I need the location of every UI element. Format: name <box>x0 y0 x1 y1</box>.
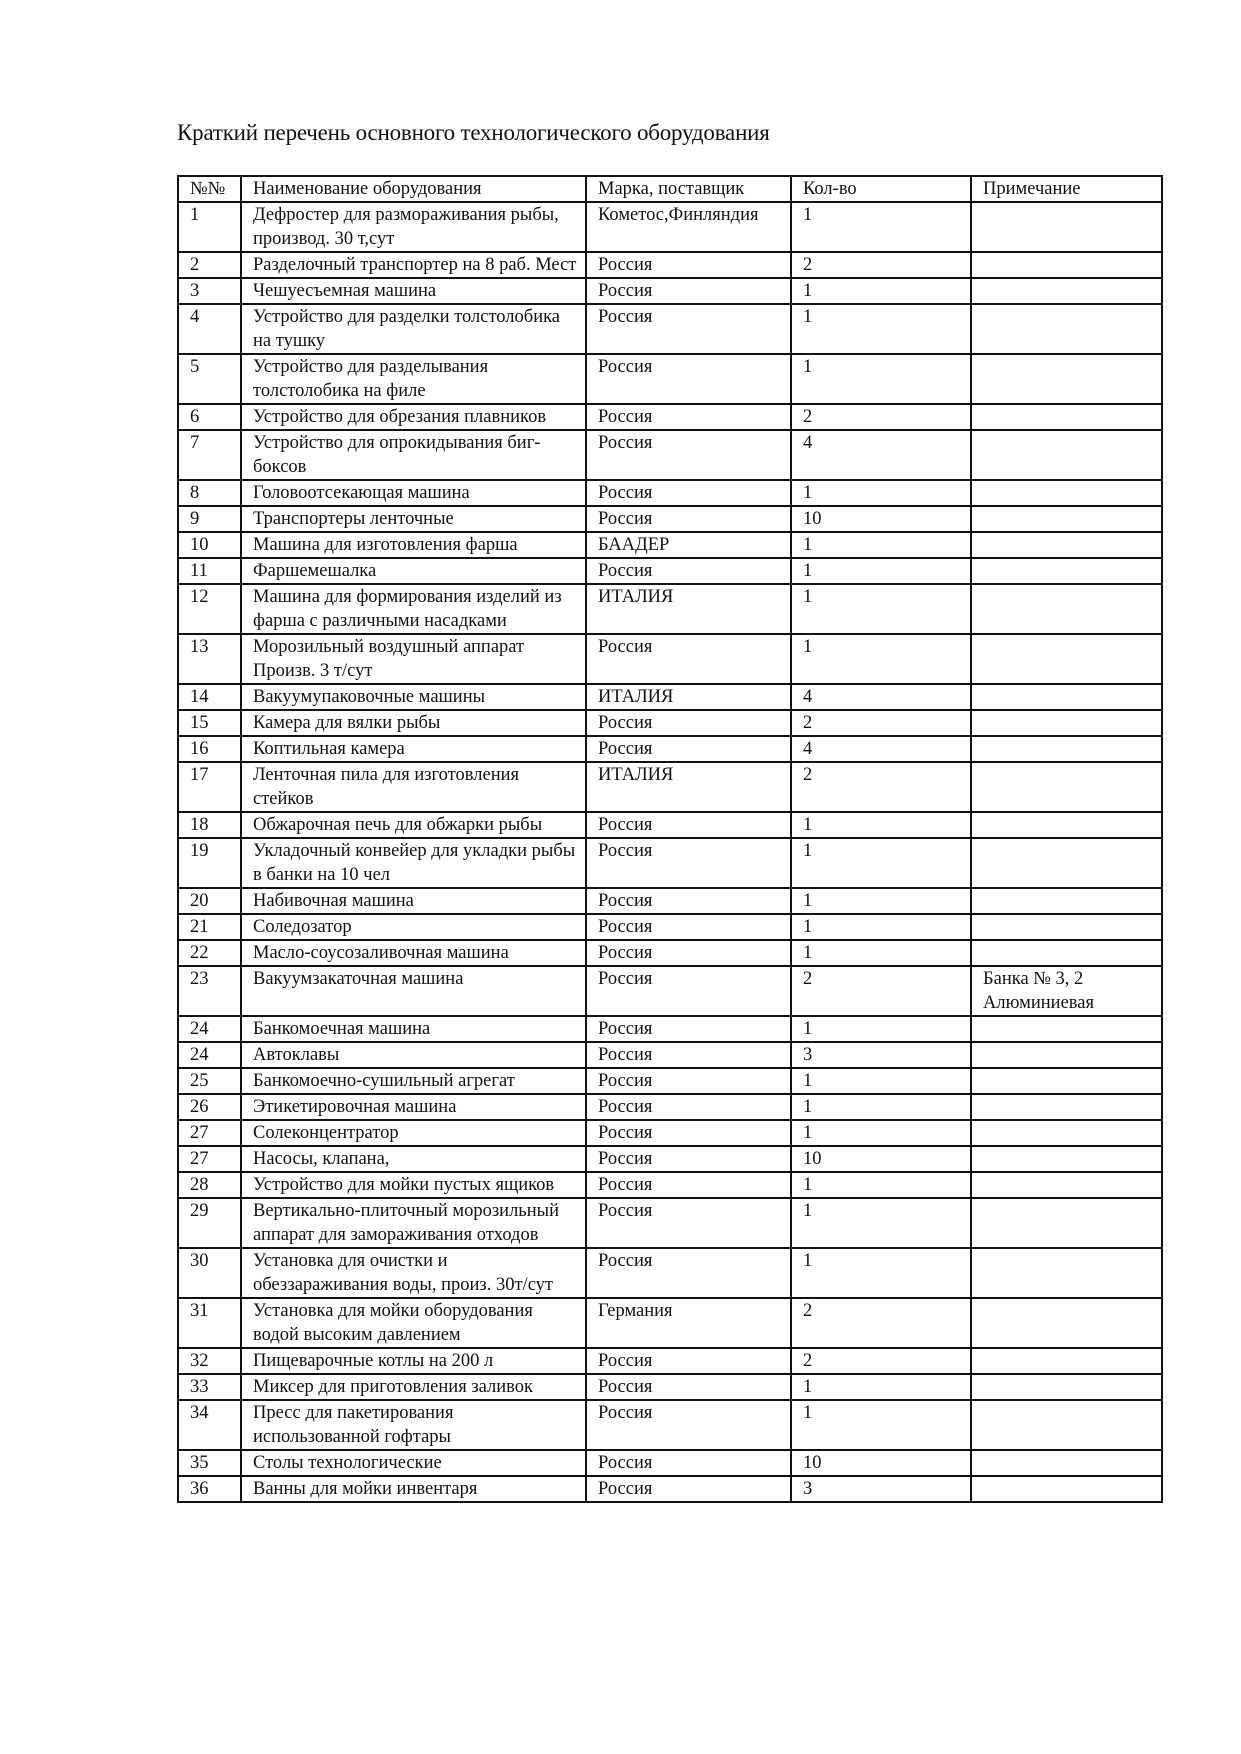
cell-name: Машина для формирования изделий из фарша… <box>241 584 586 634</box>
cell-num: 13 <box>178 634 241 684</box>
cell-brand: Россия <box>586 1198 791 1248</box>
cell-brand: Россия <box>586 1450 791 1476</box>
cell-qty: 10 <box>791 1146 971 1172</box>
cell-name: Ленточная пила для изготовления стейков <box>241 762 586 812</box>
cell-name: Набивочная машина <box>241 888 586 914</box>
table-row: 7Устройство для опрокидывания биг-боксов… <box>178 430 1162 480</box>
cell-qty: 1 <box>791 278 971 304</box>
cell-num: 6 <box>178 404 241 430</box>
cell-num: 22 <box>178 940 241 966</box>
table-row: 21СоледозаторРоссия1 <box>178 914 1162 940</box>
cell-qty: 3 <box>791 1476 971 1502</box>
cell-qty: 1 <box>791 1172 971 1198</box>
cell-note <box>971 1248 1162 1298</box>
cell-brand: Россия <box>586 812 791 838</box>
cell-qty: 1 <box>791 634 971 684</box>
header-qty: Кол-во <box>791 176 971 202</box>
cell-name: Миксер для приготовления заливок <box>241 1374 586 1400</box>
cell-name: Пищеварочные котлы на 200 л <box>241 1348 586 1374</box>
cell-qty: 2 <box>791 710 971 736</box>
cell-note <box>971 762 1162 812</box>
cell-name: Разделочный транспортер на 8 раб. Мест <box>241 252 586 278</box>
cell-num: 7 <box>178 430 241 480</box>
cell-brand: Россия <box>586 1476 791 1502</box>
cell-num: 35 <box>178 1450 241 1476</box>
cell-note <box>971 940 1162 966</box>
cell-brand: Россия <box>586 404 791 430</box>
table-row: 16Коптильная камераРоссия4 <box>178 736 1162 762</box>
table-row: 24АвтоклавыРоссия3 <box>178 1042 1162 1068</box>
cell-brand: Россия <box>586 710 791 736</box>
cell-num: 3 <box>178 278 241 304</box>
cell-name: Транспортеры ленточные <box>241 506 586 532</box>
cell-name: Обжарочная печь для обжарки рыбы <box>241 812 586 838</box>
cell-note <box>971 506 1162 532</box>
table-header-row: №№ Наименование оборудования Марка, пост… <box>178 176 1162 202</box>
table-row: 20Набивочная машинаРоссия1 <box>178 888 1162 914</box>
cell-name: Устройство для мойки пустых ящиков <box>241 1172 586 1198</box>
cell-qty: 1 <box>791 202 971 252</box>
table-row: 14Вакуумупаковочные машиныИТАЛИЯ4 <box>178 684 1162 710</box>
header-note: Примечание <box>971 176 1162 202</box>
cell-brand: ИТАЛИЯ <box>586 684 791 710</box>
header-num: №№ <box>178 176 241 202</box>
cell-num: 21 <box>178 914 241 940</box>
cell-num: 34 <box>178 1400 241 1450</box>
cell-name: Ванны для мойки инвентаря <box>241 1476 586 1502</box>
cell-num: 25 <box>178 1068 241 1094</box>
cell-note <box>971 252 1162 278</box>
cell-qty: 1 <box>791 1094 971 1120</box>
cell-brand: Россия <box>586 940 791 966</box>
table-row: 8Головоотсекающая машинаРоссия1 <box>178 480 1162 506</box>
cell-qty: 10 <box>791 1450 971 1476</box>
cell-note <box>971 1298 1162 1348</box>
cell-brand: Кометос,Финляндия <box>586 202 791 252</box>
cell-qty: 4 <box>791 430 971 480</box>
cell-qty: 4 <box>791 736 971 762</box>
cell-qty: 1 <box>791 532 971 558</box>
cell-num: 23 <box>178 966 241 1016</box>
cell-qty: 2 <box>791 1348 971 1374</box>
cell-brand: Россия <box>586 1016 791 1042</box>
cell-num: 17 <box>178 762 241 812</box>
cell-num: 19 <box>178 838 241 888</box>
cell-note <box>971 1172 1162 1198</box>
cell-qty: 1 <box>791 888 971 914</box>
cell-brand: Россия <box>586 1374 791 1400</box>
header-name: Наименование оборудования <box>241 176 586 202</box>
cell-brand: ИТАЛИЯ <box>586 762 791 812</box>
table-row: 28Устройство для мойки пустых ящиковРосс… <box>178 1172 1162 1198</box>
table-row: 32Пищеварочные котлы на 200 лРоссия2 <box>178 1348 1162 1374</box>
cell-brand: Россия <box>586 1120 791 1146</box>
cell-brand: Россия <box>586 888 791 914</box>
table-row: 27Насосы, клапана,Россия10 <box>178 1146 1162 1172</box>
cell-qty: 2 <box>791 762 971 812</box>
cell-name: Насосы, клапана, <box>241 1146 586 1172</box>
cell-name: Этикетировочная машина <box>241 1094 586 1120</box>
cell-qty: 1 <box>791 558 971 584</box>
cell-name: Солеконцентратор <box>241 1120 586 1146</box>
cell-name: Чешуесъемная машина <box>241 278 586 304</box>
cell-brand: Россия <box>586 304 791 354</box>
cell-brand: БААДЕР <box>586 532 791 558</box>
cell-note <box>971 710 1162 736</box>
cell-num: 8 <box>178 480 241 506</box>
cell-qty: 1 <box>791 1374 971 1400</box>
cell-name: Столы технологические <box>241 1450 586 1476</box>
table-row: 12Машина для формирования изделий из фар… <box>178 584 1162 634</box>
cell-name: Коптильная камера <box>241 736 586 762</box>
cell-qty: 1 <box>791 1198 971 1248</box>
cell-name: Устройство для разделывания толстолобика… <box>241 354 586 404</box>
cell-note <box>971 1068 1162 1094</box>
header-brand: Марка, поставщик <box>586 176 791 202</box>
table-row: 27СолеконцентраторРоссия1 <box>178 1120 1162 1146</box>
cell-num: 1 <box>178 202 241 252</box>
cell-brand: ИТАЛИЯ <box>586 584 791 634</box>
cell-name: Устройство для опрокидывания биг-боксов <box>241 430 586 480</box>
cell-note <box>971 1120 1162 1146</box>
cell-note <box>971 1198 1162 1248</box>
cell-qty: 2 <box>791 404 971 430</box>
cell-note <box>971 1450 1162 1476</box>
cell-num: 24 <box>178 1016 241 1042</box>
table-row: 30Установка для очистки и обеззараживани… <box>178 1248 1162 1298</box>
cell-note <box>971 1374 1162 1400</box>
cell-qty: 1 <box>791 1248 971 1298</box>
table-row: 26Этикетировочная машинаРоссия1 <box>178 1094 1162 1120</box>
cell-num: 5 <box>178 354 241 404</box>
table-body: 1Дефростер для размораживания рыбы, прои… <box>178 202 1162 1502</box>
cell-name: Вертикально-плиточный морозильный аппара… <box>241 1198 586 1248</box>
page-title: Краткий перечень основного технологическ… <box>177 120 770 146</box>
cell-note <box>971 1042 1162 1068</box>
cell-qty: 1 <box>791 584 971 634</box>
table-row: 2Разделочный транспортер на 8 раб. МестР… <box>178 252 1162 278</box>
table-row: 11ФаршемешалкаРоссия1 <box>178 558 1162 584</box>
table-row: 35Столы технологическиеРоссия10 <box>178 1450 1162 1476</box>
cell-num: 14 <box>178 684 241 710</box>
cell-name: Масло-соусозаливочная машина <box>241 940 586 966</box>
cell-note <box>971 202 1162 252</box>
cell-qty: 1 <box>791 1068 971 1094</box>
cell-brand: Россия <box>586 1042 791 1068</box>
cell-brand: Россия <box>586 354 791 404</box>
cell-num: 9 <box>178 506 241 532</box>
cell-qty: 10 <box>791 506 971 532</box>
cell-num: 27 <box>178 1120 241 1146</box>
cell-name: Укладочный конвейер для укладки рыбы в б… <box>241 838 586 888</box>
cell-note <box>971 304 1162 354</box>
table-row: 22Масло-соусозаливочная машинаРоссия1 <box>178 940 1162 966</box>
table-row: 4Устройство для разделки толстолобика на… <box>178 304 1162 354</box>
table-row: 36Ванны для мойки инвентаряРоссия3 <box>178 1476 1162 1502</box>
table-row: 23Вакуумзакаточная машинаРоссия2Банка № … <box>178 966 1162 1016</box>
cell-qty: 1 <box>791 940 971 966</box>
cell-num: 12 <box>178 584 241 634</box>
cell-qty: 1 <box>791 838 971 888</box>
cell-name: Соледозатор <box>241 914 586 940</box>
cell-num: 18 <box>178 812 241 838</box>
cell-note <box>971 558 1162 584</box>
cell-name: Установка для очистки и обеззараживания … <box>241 1248 586 1298</box>
cell-qty: 3 <box>791 1042 971 1068</box>
cell-name: Фаршемешалка <box>241 558 586 584</box>
cell-num: 4 <box>178 304 241 354</box>
cell-name: Дефростер для размораживания рыбы, произ… <box>241 202 586 252</box>
equipment-table: №№ Наименование оборудования Марка, пост… <box>177 175 1163 1503</box>
table-row: 24Банкомоечная машинаРоссия1 <box>178 1016 1162 1042</box>
cell-name: Головоотсекающая машина <box>241 480 586 506</box>
cell-qty: 2 <box>791 252 971 278</box>
cell-note <box>971 736 1162 762</box>
cell-brand: Германия <box>586 1298 791 1348</box>
cell-name: Устройство для обрезания плавников <box>241 404 586 430</box>
cell-num: 26 <box>178 1094 241 1120</box>
cell-num: 32 <box>178 1348 241 1374</box>
cell-note <box>971 1016 1162 1042</box>
cell-note <box>971 812 1162 838</box>
cell-qty: 1 <box>791 304 971 354</box>
cell-num: 16 <box>178 736 241 762</box>
cell-note <box>971 532 1162 558</box>
cell-note <box>971 1094 1162 1120</box>
cell-name: Вакуумзакаточная машина <box>241 966 586 1016</box>
cell-num: 31 <box>178 1298 241 1348</box>
cell-note <box>971 1348 1162 1374</box>
cell-note <box>971 480 1162 506</box>
cell-brand: Россия <box>586 480 791 506</box>
cell-brand: Россия <box>586 278 791 304</box>
cell-name: Камера для вялки рыбы <box>241 710 586 736</box>
cell-brand: Россия <box>586 914 791 940</box>
table-row: 1Дефростер для размораживания рыбы, прои… <box>178 202 1162 252</box>
cell-qty: 1 <box>791 914 971 940</box>
cell-brand: Россия <box>586 1146 791 1172</box>
table-row: 13Морозильный воздушный аппарат Произв. … <box>178 634 1162 684</box>
cell-qty: 4 <box>791 684 971 710</box>
table-row: 5Устройство для разделывания толстолобик… <box>178 354 1162 404</box>
table-row: 31Установка для мойки оборудования водой… <box>178 1298 1162 1348</box>
table-row: 33Миксер для приготовления заливокРоссия… <box>178 1374 1162 1400</box>
cell-note <box>971 888 1162 914</box>
cell-num: 29 <box>178 1198 241 1248</box>
table-row: 34Пресс для пакетирования использованной… <box>178 1400 1162 1450</box>
table-row: 10Машина для изготовления фаршаБААДЕР1 <box>178 532 1162 558</box>
table-row: 19Укладочный конвейер для укладки рыбы в… <box>178 838 1162 888</box>
cell-note: Банка № 3, 2 Алюминиевая <box>971 966 1162 1016</box>
table-row: 18Обжарочная печь для обжарки рыбыРоссия… <box>178 812 1162 838</box>
cell-name: Банкомоечная машина <box>241 1016 586 1042</box>
cell-note <box>971 354 1162 404</box>
cell-note <box>971 584 1162 634</box>
table-row: 25Банкомоечно-сушильный агрегатРоссия1 <box>178 1068 1162 1094</box>
cell-note <box>971 838 1162 888</box>
cell-num: 33 <box>178 1374 241 1400</box>
cell-brand: Россия <box>586 1172 791 1198</box>
cell-brand: Россия <box>586 838 791 888</box>
table-row: 6Устройство для обрезания плавниковРосси… <box>178 404 1162 430</box>
cell-brand: Россия <box>586 1094 791 1120</box>
cell-note <box>971 1146 1162 1172</box>
table-row: 17Ленточная пила для изготовления стейко… <box>178 762 1162 812</box>
cell-num: 36 <box>178 1476 241 1502</box>
cell-note <box>971 1400 1162 1450</box>
cell-note <box>971 278 1162 304</box>
cell-brand: Россия <box>586 558 791 584</box>
cell-brand: Россия <box>586 634 791 684</box>
cell-num: 10 <box>178 532 241 558</box>
cell-brand: Россия <box>586 966 791 1016</box>
cell-brand: Россия <box>586 252 791 278</box>
cell-note <box>971 914 1162 940</box>
cell-qty: 2 <box>791 1298 971 1348</box>
table-row: 3Чешуесъемная машинаРоссия1 <box>178 278 1162 304</box>
cell-num: 30 <box>178 1248 241 1298</box>
cell-note <box>971 634 1162 684</box>
cell-name: Установка для мойки оборудования водой в… <box>241 1298 586 1348</box>
cell-qty: 2 <box>791 966 971 1016</box>
cell-name: Автоклавы <box>241 1042 586 1068</box>
cell-brand: Россия <box>586 1348 791 1374</box>
cell-name: Машина для изготовления фарша <box>241 532 586 558</box>
cell-name: Банкомоечно-сушильный агрегат <box>241 1068 586 1094</box>
cell-qty: 1 <box>791 812 971 838</box>
cell-qty: 1 <box>791 1400 971 1450</box>
cell-name: Устройство для разделки толстолобика на … <box>241 304 586 354</box>
table-row: 15Камера для вялки рыбыРоссия2 <box>178 710 1162 736</box>
cell-note <box>971 430 1162 480</box>
cell-note <box>971 1476 1162 1502</box>
cell-qty: 1 <box>791 354 971 404</box>
table-row: 9Транспортеры ленточныеРоссия10 <box>178 506 1162 532</box>
cell-name: Вакуумупаковочные машины <box>241 684 586 710</box>
cell-brand: Россия <box>586 1248 791 1298</box>
cell-brand: Россия <box>586 430 791 480</box>
cell-note <box>971 404 1162 430</box>
cell-num: 27 <box>178 1146 241 1172</box>
cell-qty: 1 <box>791 1120 971 1146</box>
cell-brand: Россия <box>586 1400 791 1450</box>
cell-num: 15 <box>178 710 241 736</box>
cell-num: 20 <box>178 888 241 914</box>
table-row: 29Вертикально-плиточный морозильный аппа… <box>178 1198 1162 1248</box>
cell-qty: 1 <box>791 1016 971 1042</box>
cell-brand: Россия <box>586 506 791 532</box>
cell-name: Морозильный воздушный аппарат Произв. 3 … <box>241 634 586 684</box>
cell-num: 28 <box>178 1172 241 1198</box>
cell-num: 11 <box>178 558 241 584</box>
cell-name: Пресс для пакетирования использованной г… <box>241 1400 586 1450</box>
cell-brand: Россия <box>586 1068 791 1094</box>
cell-qty: 1 <box>791 480 971 506</box>
cell-num: 24 <box>178 1042 241 1068</box>
cell-note <box>971 684 1162 710</box>
cell-num: 2 <box>178 252 241 278</box>
cell-brand: Россия <box>586 736 791 762</box>
